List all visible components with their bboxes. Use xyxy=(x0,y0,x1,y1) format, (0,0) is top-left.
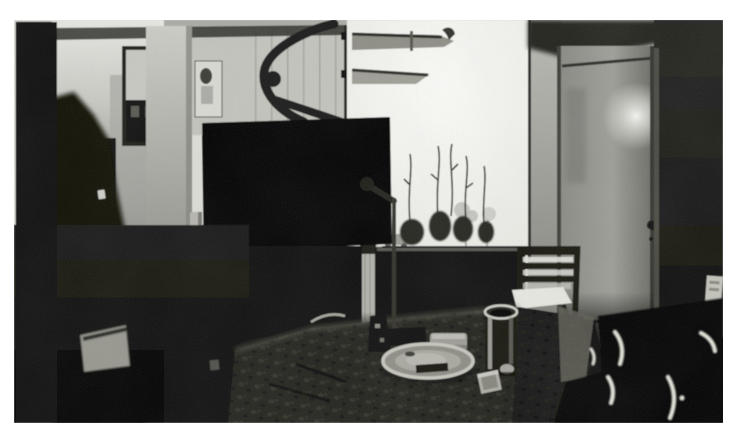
photo-canvas xyxy=(14,20,723,423)
page-background xyxy=(0,0,750,425)
toner-blotch xyxy=(14,20,723,423)
photograph xyxy=(14,20,723,423)
